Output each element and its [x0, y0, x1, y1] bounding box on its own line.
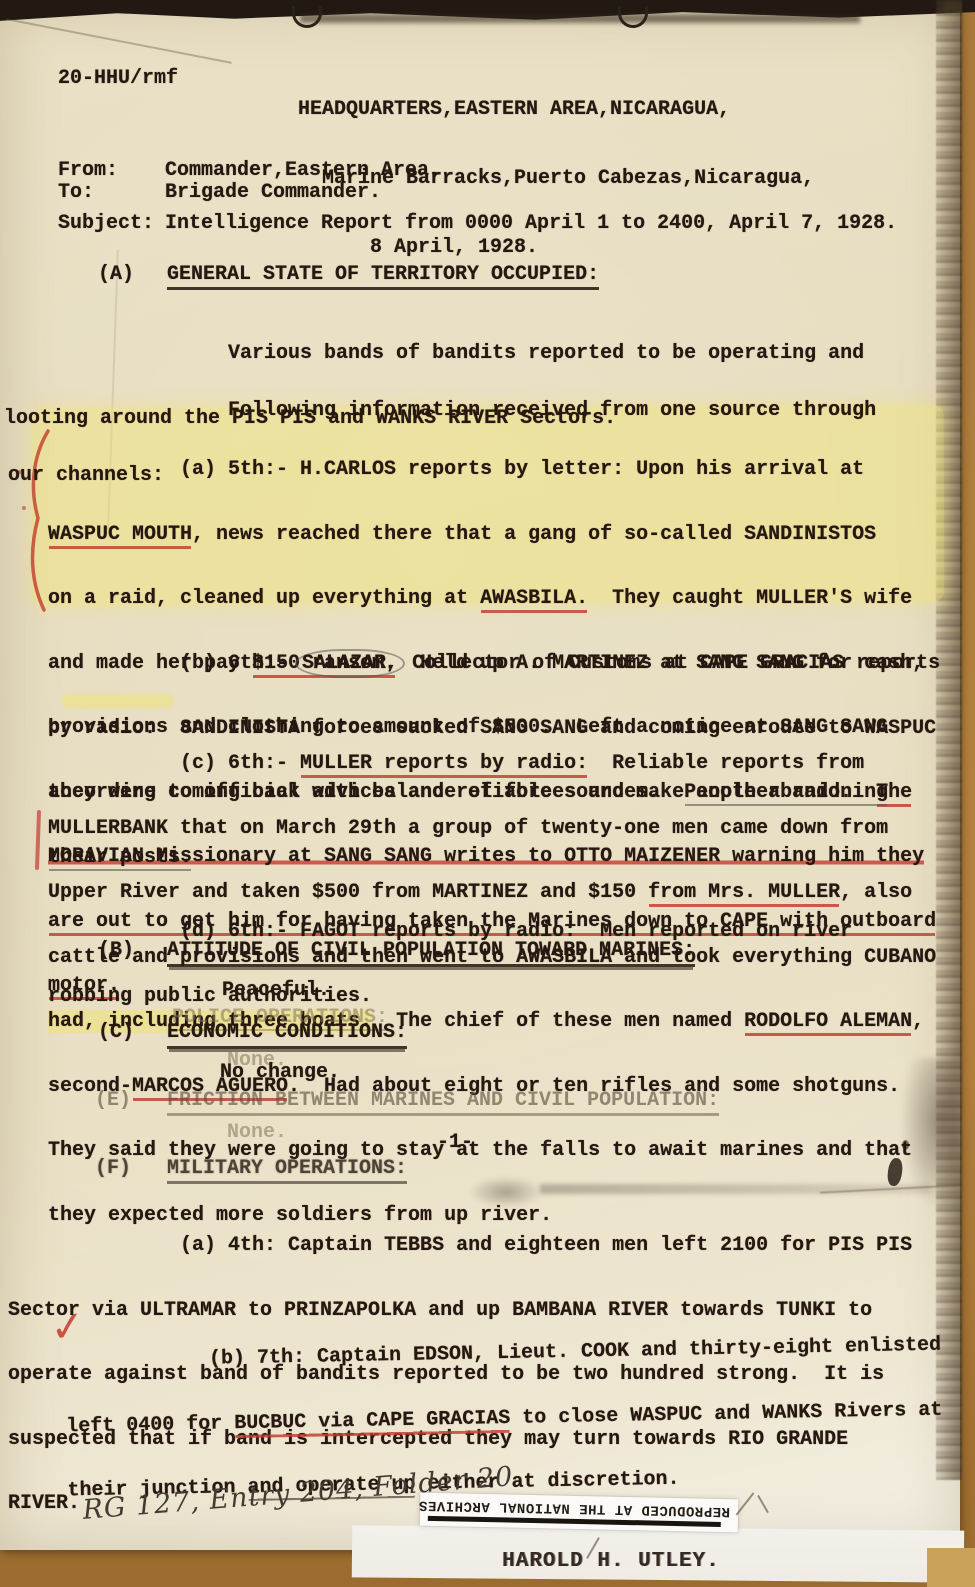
from-row: From:Commander,Eastern Area.: [58, 160, 441, 182]
text-line: (a) 4th: Captain TEBBS and eighteen men …: [48, 1235, 912, 1257]
signature-name: HAROLD H. UTLEY.: [502, 1550, 720, 1573]
letterhead-line: HEADQUARTERS,EASTERN AREA,NICARAGUA,: [298, 98, 814, 121]
backing-corner: [927, 1548, 975, 1587]
scan-top-smear: [300, 14, 860, 23]
subject-value: Intelligence Report from 0000 April 1 to…: [165, 212, 897, 235]
section-b-label: (B): [98, 940, 134, 962]
subject-label: Subject:: [58, 213, 165, 235]
ghost-none: None.: [227, 1122, 287, 1144]
text-line: (c) 6th:- MULLER reports by radio: Relia…: [48, 753, 936, 775]
section-b-value: Peaceful.: [222, 980, 330, 1002]
red-dot: [22, 506, 26, 510]
to-value: Brigade Commander.: [165, 181, 381, 204]
section-c-heading: ECONOMIC CONDITIONS:: [167, 1022, 407, 1044]
text-line: MULLERBANK that on March 29th a group of…: [48, 818, 936, 840]
pencil-circle: SALAZAR,: [295, 649, 405, 678]
text-line: WASPUC MOUTH, news reached there that a …: [48, 524, 936, 546]
text-line: left 0400 for BUCBUC via CAPE GRACIAS to…: [66, 1399, 942, 1437]
text-line: (b) 7th: Captain EDSON, Lieut. COOK and …: [65, 1335, 941, 1373]
text-line: (b) 6th:- SALAZAR, Collector of Customs …: [48, 653, 940, 675]
section-a-label: (A): [98, 264, 134, 286]
red-underline: MULLER reports by radio:: [300, 752, 588, 775]
national-archives-stamp: REPRODUCED AT THE NATIONAL ARCHIVES: [420, 1493, 739, 1533]
section-e-label: (E): [95, 1090, 131, 1112]
section-b-heading: ATTITUDE OF CIVIL POPULATION TOWARD MARI…: [167, 940, 695, 962]
text-line: (a) 5th:- H.CARLOS reports by letter: Up…: [48, 459, 936, 481]
text-line: on a raid, cleaned up everything at AWAS…: [48, 588, 936, 610]
section-c-label: (C): [98, 1022, 134, 1044]
red-underline: BUCBUC via CAPE GRACIAS: [234, 1406, 510, 1434]
text-line: robbing public authorities.: [48, 986, 852, 1008]
to-row: To:Brigade Commander.: [58, 182, 381, 204]
letterhead-line: 8 April, 1928.: [298, 236, 814, 259]
page-number: -1-: [437, 1132, 473, 1154]
reference-number: 20-HHU/rmf: [58, 68, 178, 90]
section-c-value: No change.: [220, 1062, 340, 1084]
to-label: To:: [58, 182, 165, 204]
from-value: Commander,Eastern Area.: [165, 159, 441, 182]
red-underline: AWASBILA.: [480, 587, 588, 610]
from-label: From:: [58, 160, 165, 182]
red-underline: WASPUC MOUTH: [48, 523, 192, 546]
section-e-heading: FRICTION BETWEEN MARINES AND CIVIL POPUL…: [167, 1090, 719, 1112]
scanned-document-page: { "colors": { "accent_red": "#c23b2e", "…: [0, 0, 975, 1587]
section-a-heading: GENERAL STATE OF TERRITORY OCCUPIED:: [167, 264, 599, 286]
subject-row: Subject:Intelligence Report from 0000 Ap…: [58, 213, 897, 235]
section-f-label: (F): [95, 1158, 131, 1180]
section-f-heading: MILITARY OPERATIONS:: [167, 1158, 407, 1180]
